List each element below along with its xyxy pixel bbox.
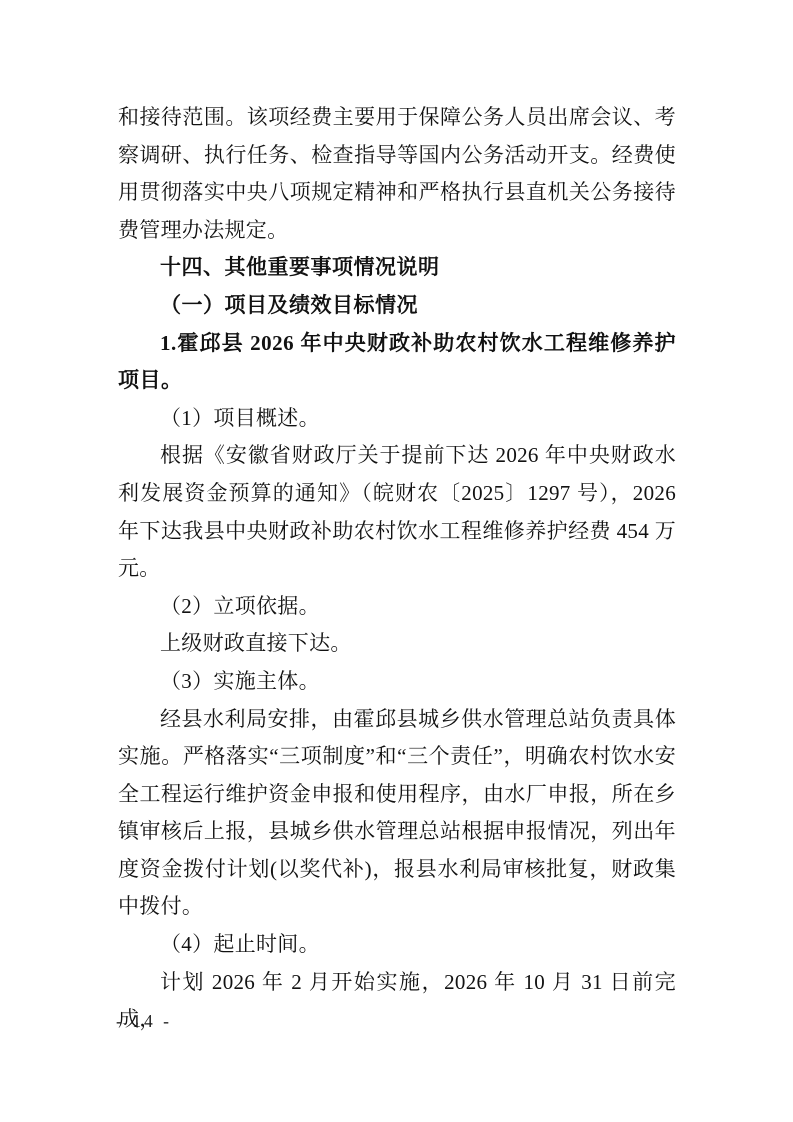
paragraph: 计划 2026 年 2 月开始实施，2026 年 10 月 31 日前完成， — [118, 964, 676, 1039]
paragraph: （3）实施主体。 — [118, 663, 676, 701]
paragraph: （2）立项依据。 — [118, 588, 676, 626]
page-number: - 14 - — [116, 1008, 172, 1034]
document-page: 和接待范围。该项经费主要用于保障公务人员出席会议、考察调研、执行任务、检查指导等… — [0, 0, 793, 1122]
paragraph: （1）项目概述。 — [118, 400, 676, 438]
document-body: 和接待范围。该项经费主要用于保障公务人员出席会议、考察调研、执行任务、检查指导等… — [118, 99, 676, 1039]
heading: （一）项目及绩效目标情况 — [118, 287, 676, 325]
paragraph: （4）起止时间。 — [118, 926, 676, 964]
heading: 1.霍邱县 2026 年中央财政补助农村饮水工程维修养护项目。 — [118, 325, 676, 400]
paragraph: 和接待范围。该项经费主要用于保障公务人员出席会议、考察调研、执行任务、检查指导等… — [118, 99, 676, 249]
paragraph: 根据《安徽省财政厅关于提前下达 2026 年中央财政水利发展资金预算的通知》（皖… — [118, 437, 676, 587]
paragraph: 上级财政直接下达。 — [118, 625, 676, 663]
paragraph: 经县水利局安排，由霍邱县城乡供水管理总站负责具体实施。严格落实“三项制度”和“三… — [118, 701, 676, 927]
heading: 十四、其他重要事项情况说明 — [118, 249, 676, 287]
